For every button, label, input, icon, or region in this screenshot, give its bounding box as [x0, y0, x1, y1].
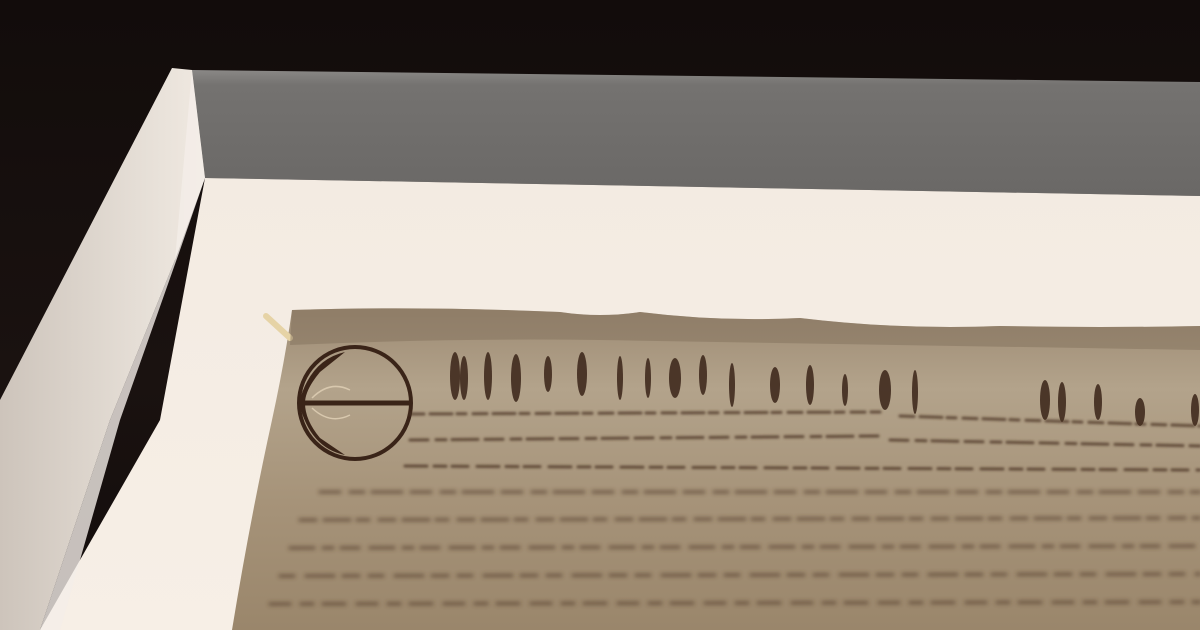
- parchment-charter: [0, 0, 1200, 630]
- photo-scene: [0, 0, 1200, 630]
